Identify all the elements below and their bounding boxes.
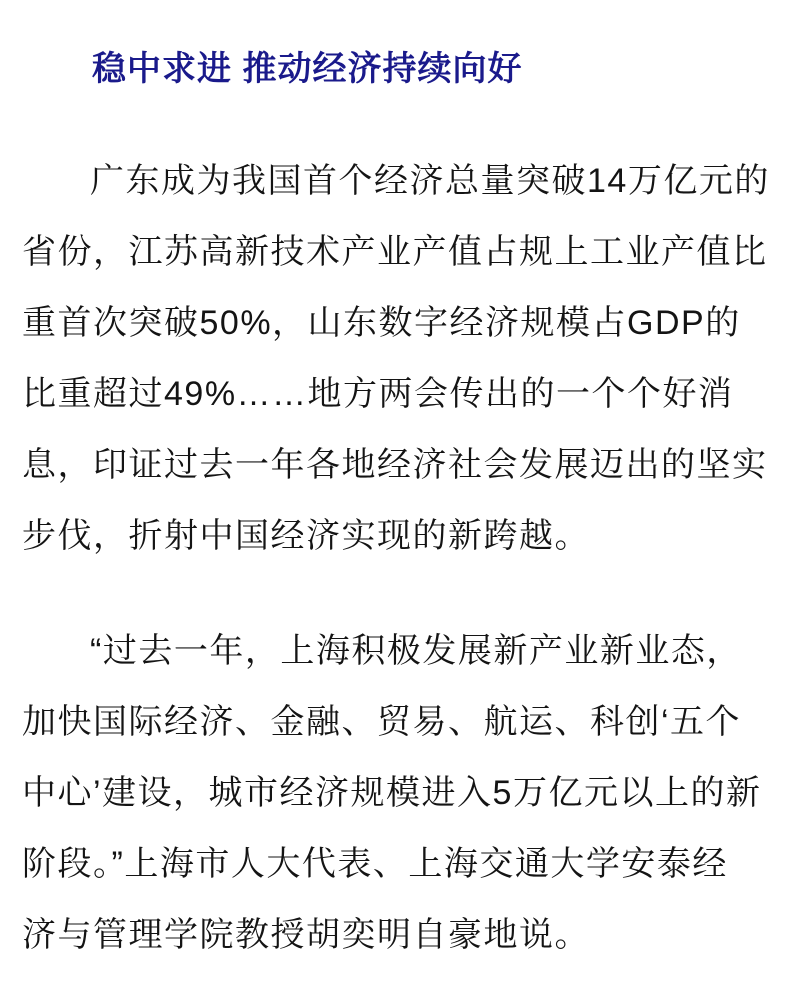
text-line: 重首次突破50%，山东数字经济规模占GDP的 xyxy=(22,288,780,359)
article-title: 稳中求进 推动经济持续向好 xyxy=(0,0,800,88)
text-line: 息，印证过去一年各地经济社会发展迈出的坚实 xyxy=(22,430,780,501)
text-line: “过去一年，上海积极发展新产业新业态， xyxy=(22,616,780,687)
text-line: 广东成为我国首个经济总量突破14万亿元的 xyxy=(22,146,780,217)
paragraph-1: 广东成为我国首个经济总量突破14万亿元的省份，江苏高新技术产业产值占规上工业产值… xyxy=(22,146,780,572)
text-line: 比重超过49%……地方两会传出的一个个好消 xyxy=(22,359,780,430)
text-line: 阶段。”上海市人大代表、上海交通大学安泰经 xyxy=(22,829,780,900)
text-line: 中心’建设，城市经济规模进入5万亿元以上的新 xyxy=(22,758,780,829)
article-body: 广东成为我国首个经济总量突破14万亿元的省份，江苏高新技术产业产值占规上工业产值… xyxy=(0,146,800,971)
text-line: 步伐，折射中国经济实现的新跨越。 xyxy=(22,501,780,572)
article-page: 稳中求进 推动经济持续向好 广东成为我国首个经济总量突破14万亿元的省份，江苏高… xyxy=(0,0,800,996)
text-line: 加快国际经济、金融、贸易、航运、科创‘五个 xyxy=(22,687,780,758)
paragraph-2: “过去一年，上海积极发展新产业新业态，加快国际经济、金融、贸易、航运、科创‘五个… xyxy=(22,616,780,971)
text-line: 省份，江苏高新技术产业产值占规上工业产值比 xyxy=(22,217,780,288)
text-line: 济与管理学院教授胡奕明自豪地说。 xyxy=(22,900,780,971)
